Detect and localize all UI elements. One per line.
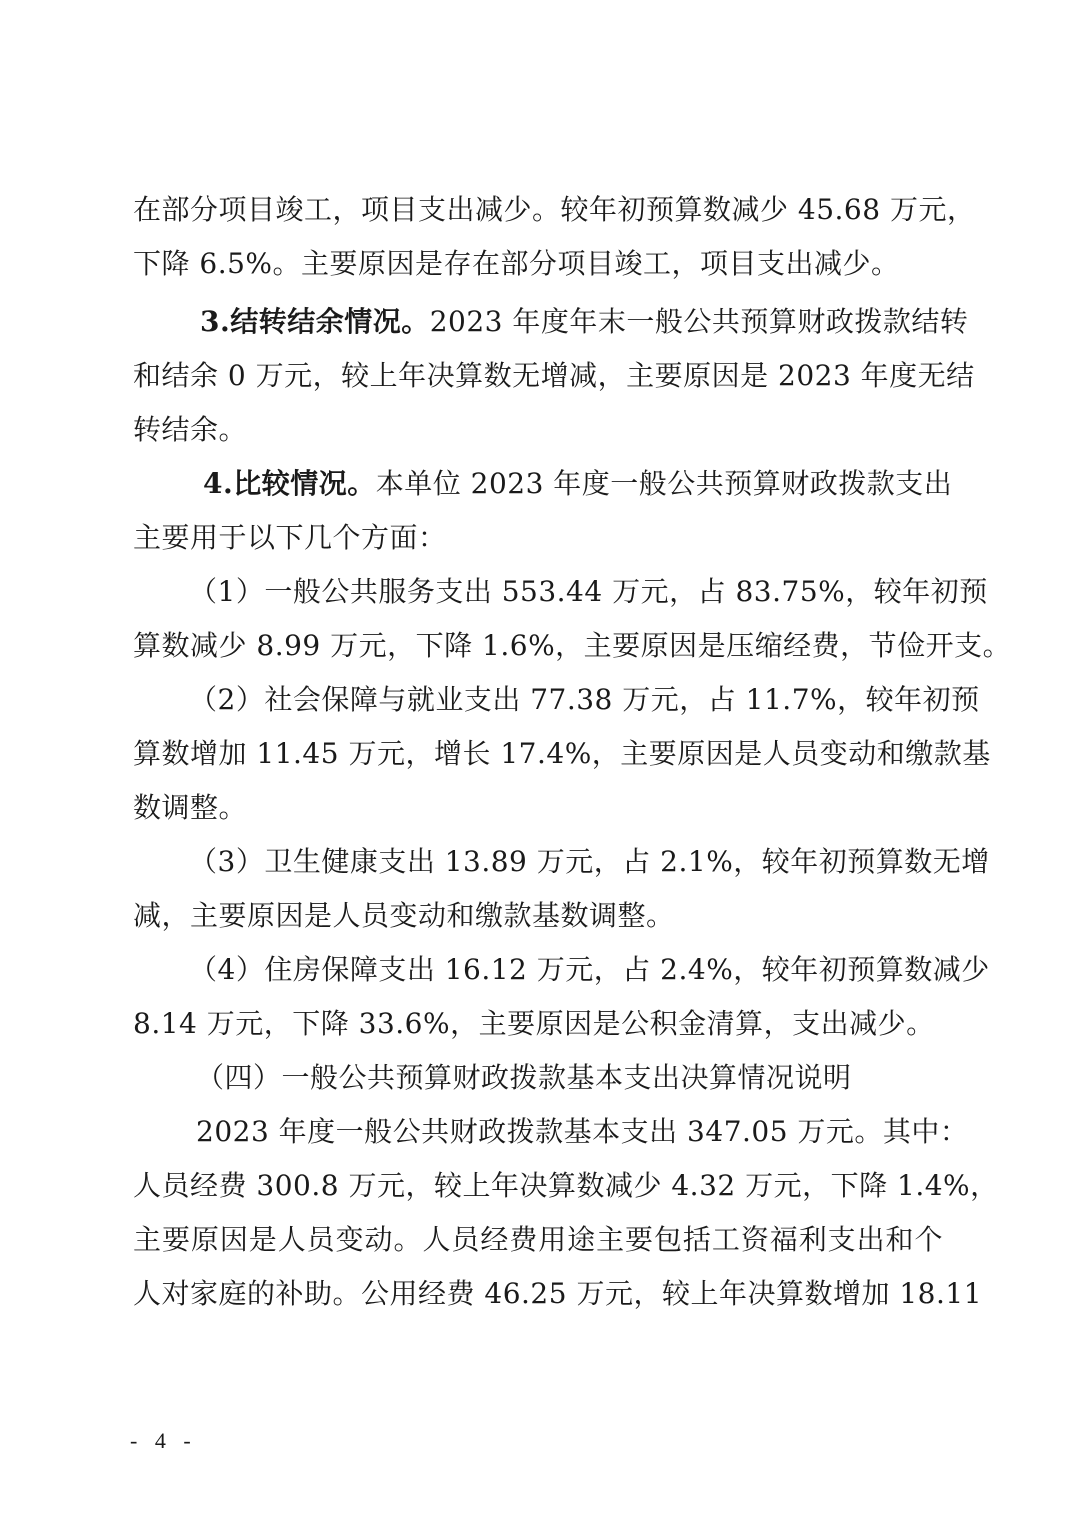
- list-item-line: （3）卫生健康支出 13.89 万元，占 2.1%，较年初预算数无增: [189, 844, 943, 880]
- list-item-line: （4）住房保障支出 16.12 万元，占 2.4%，较年初预算数减少: [189, 952, 943, 988]
- paragraph-line: 主要用于以下几个方面：: [133, 520, 943, 556]
- section-lead: 4.比较情况。: [203, 467, 376, 500]
- paragraph-line: 和结余 0 万元，较上年决算数无增减，主要原因是 2023 年度无结: [133, 358, 943, 394]
- paragraph-line: 主要原因是人员变动。人员经费用途主要包括工资福利支出和个: [133, 1222, 943, 1258]
- page-number: - 4 -: [130, 1428, 197, 1454]
- list-item-line: 算数减少 8.99 万元，下降 1.6%，主要原因是压缩经费，节俭开支。: [133, 628, 943, 664]
- section-paragraph-carryover: 3.结转结余情况。2023 年度年末一般公共预算财政拨款结转: [200, 304, 943, 340]
- list-item-line: 数调整。: [133, 790, 943, 826]
- list-item-line: 8.14 万元，下降 33.6%，主要原因是公积金清算，支出减少。: [133, 1006, 943, 1042]
- list-item-line: 减，主要原因是人员变动和缴款基数调整。: [133, 898, 943, 934]
- section-lead: 3.结转结余情况。: [200, 305, 430, 338]
- section-paragraph-comparison: 4.比较情况。本单位 2023 年度一般公共预算财政拨款支出: [203, 466, 943, 502]
- list-item-line: （2）社会保障与就业支出 77.38 万元，占 11.7%，较年初预: [189, 682, 943, 718]
- paragraph-line: 下降 6.5%。主要原因是存在部分项目竣工，项目支出减少。: [133, 246, 943, 282]
- paragraph-line: 转结余。: [133, 412, 943, 448]
- paragraph-line: 人对家庭的补助。公用经费 46.25 万元，较上年决算数增加 18.11: [133, 1276, 943, 1312]
- paragraph-text: 本单位 2023 年度一般公共预算财政拨款支出: [376, 467, 953, 500]
- paragraph-text: 2023 年度年末一般公共预算财政拨款结转: [430, 305, 969, 338]
- section-heading: （四）一般公共预算财政拨款基本支出决算情况说明: [196, 1060, 852, 1096]
- paragraph-line: 人员经费 300.8 万元，较上年决算数减少 4.32 万元，下降 1.4%，: [133, 1168, 943, 1204]
- list-item-line: （1）一般公共服务支出 553.44 万元，占 83.75%，较年初预: [189, 574, 943, 610]
- paragraph-line: 2023 年度一般公共财政拨款基本支出 347.05 万元。其中：: [196, 1114, 943, 1150]
- paragraph-line: 在部分项目竣工，项目支出减少。较年初预算数减少 45.68 万元，: [133, 192, 943, 228]
- list-item-line: 算数增加 11.45 万元，增长 17.4%，主要原因是人员变动和缴款基: [133, 736, 943, 772]
